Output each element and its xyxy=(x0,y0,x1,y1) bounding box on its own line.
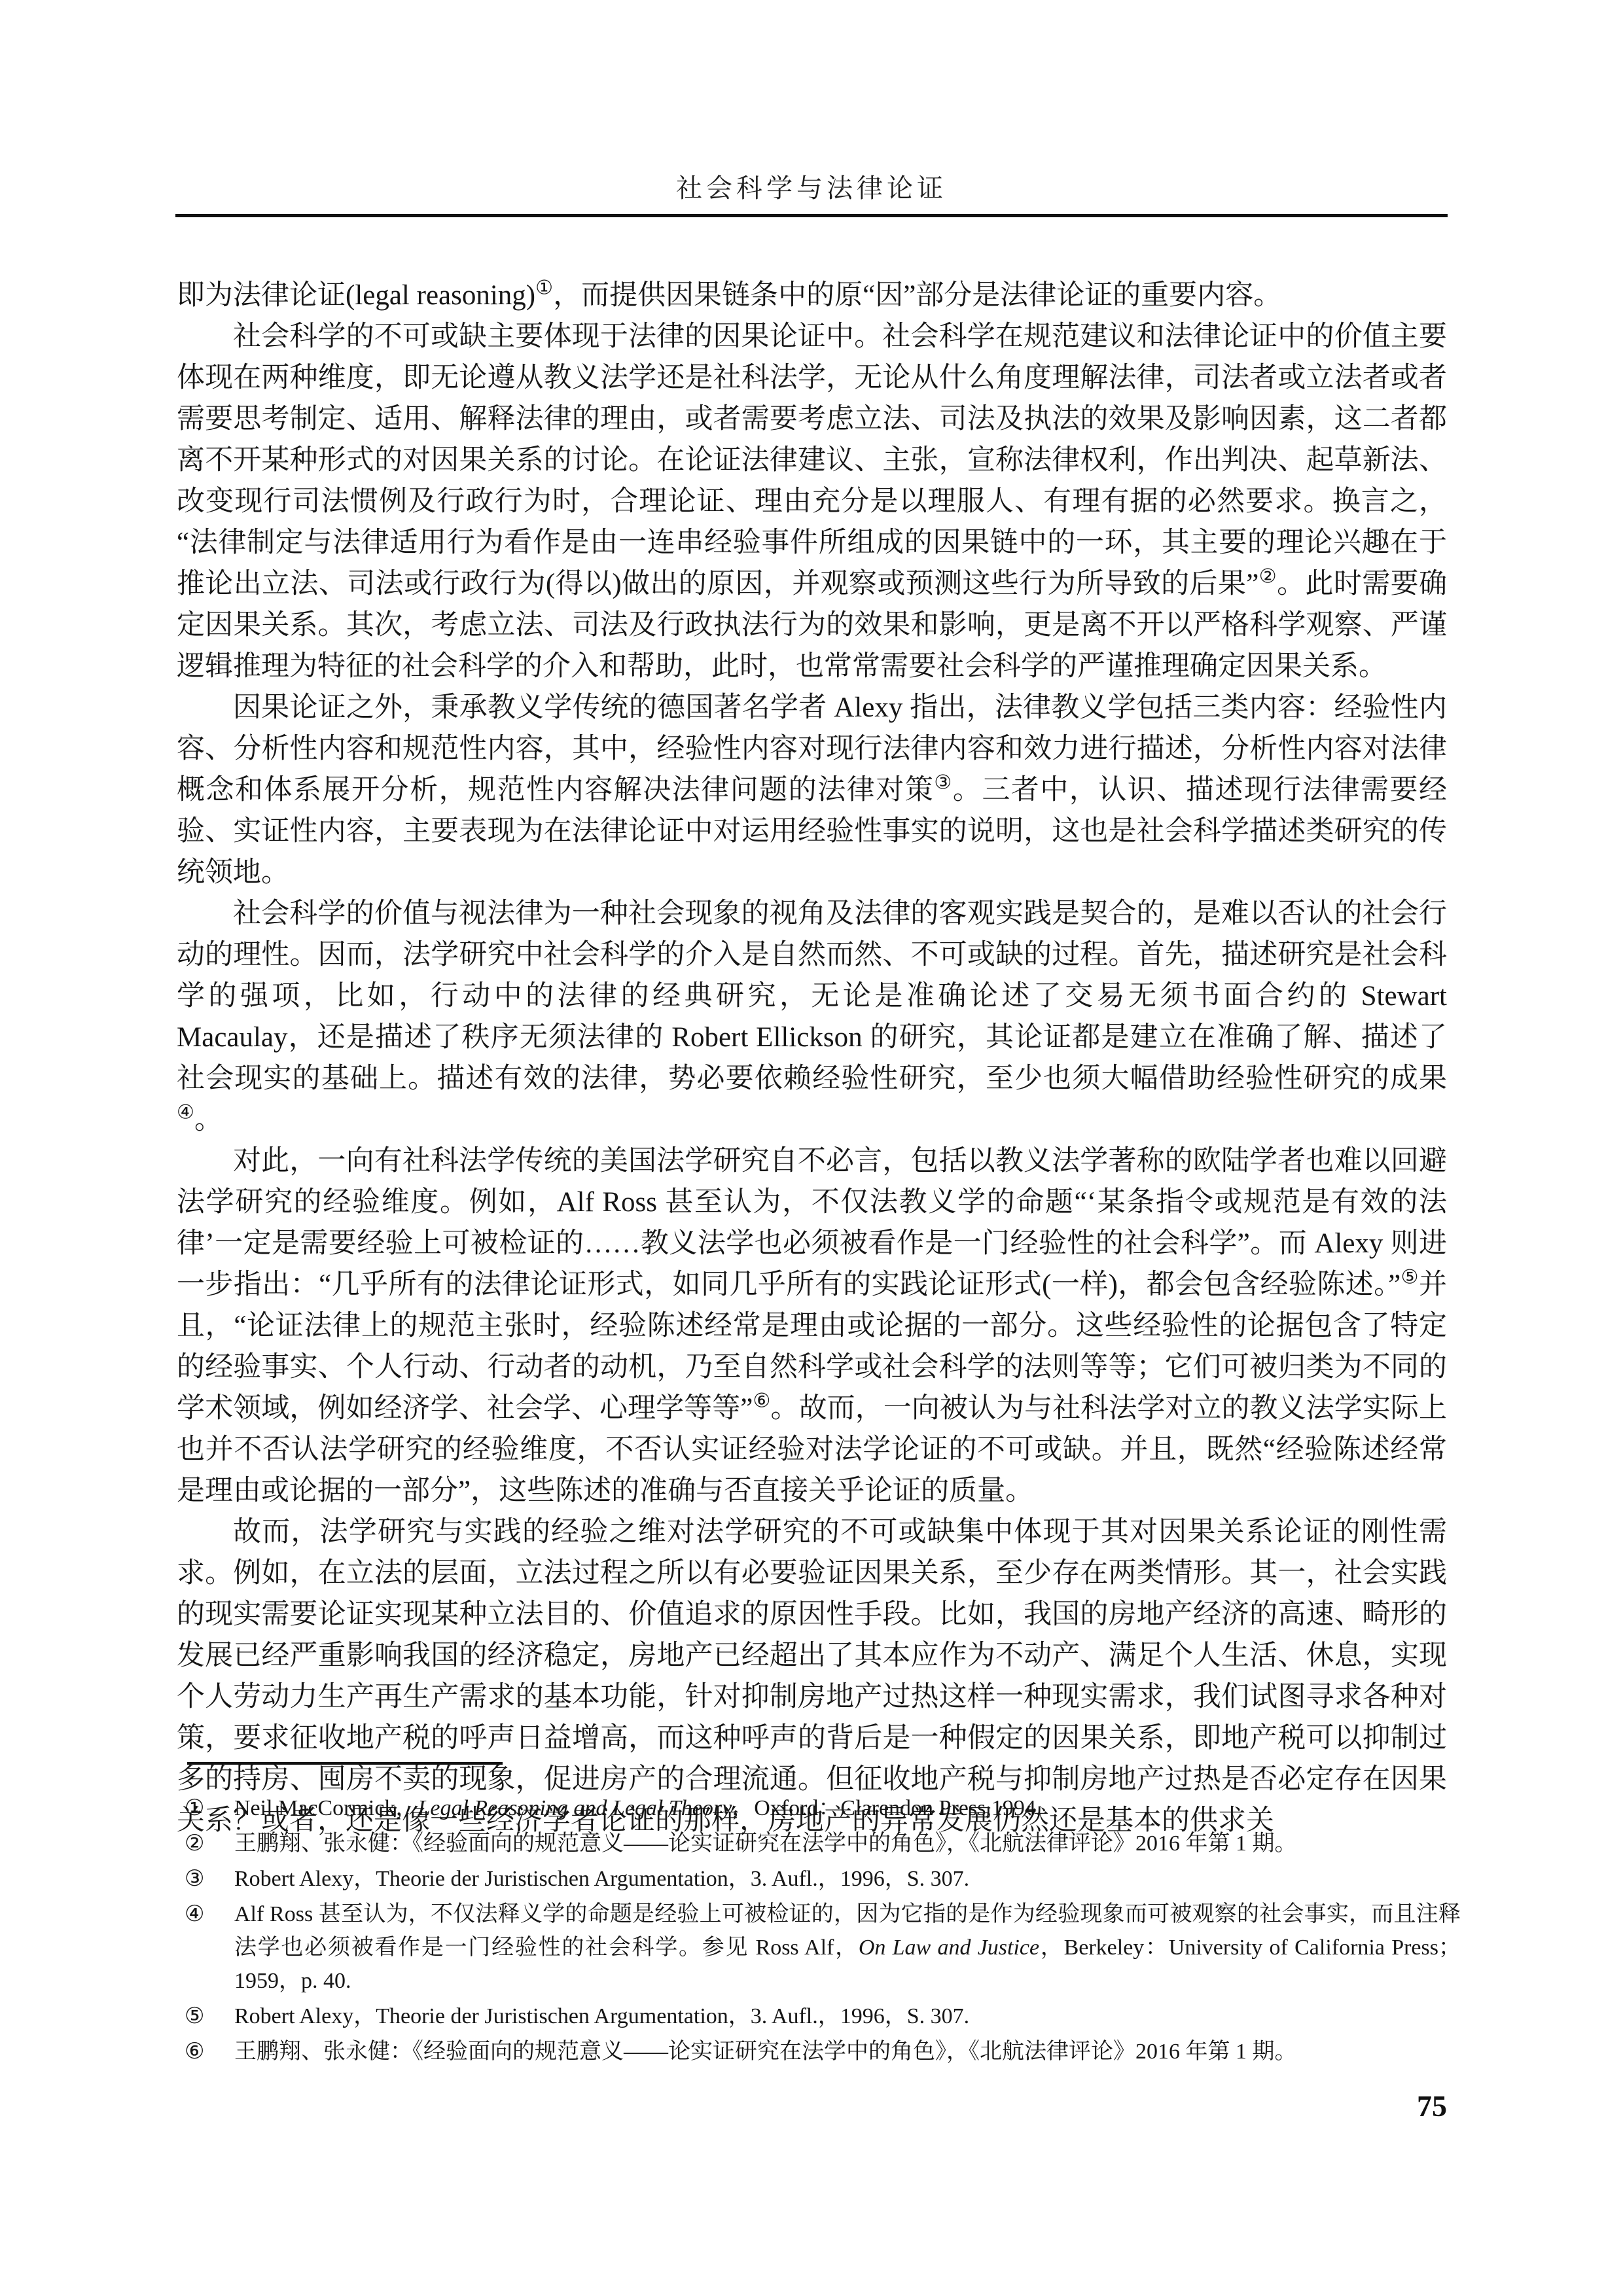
article-body: 即为法律论证(legal reasoning)①，而提供因果链条中的原“因”部分… xyxy=(177,275,1447,1841)
footnote-item: ②王鹏翔、张永健：《经验面向的规范意义——论实证研究在法学中的角色》，《北航法律… xyxy=(185,1827,1461,1860)
footnote-item: ⑤Robert Alexy，Theorie der Juristischen A… xyxy=(185,2000,1461,2033)
footnote-marker: ⑤ xyxy=(185,2000,234,2033)
footnote-reference: ⑥ xyxy=(753,1390,770,1412)
footnote-marker: ③ xyxy=(185,1862,234,1896)
footnote-reference: ① xyxy=(535,277,553,299)
footnote-item: ④Alf Ross 甚至认为，不仅法释义学的命题是经验上可被检证的，因为它指的是… xyxy=(185,1898,1461,1998)
footnote-text: 王鹏翔、张永健：《经验面向的规范意义——论实证研究在法学中的角色》，《北航法律评… xyxy=(234,2035,1461,2068)
paragraph: 社会科学的不可或缺主要体现于法律的因果论证中。社会科学在规范建议和法律论证中的价… xyxy=(177,316,1447,687)
footnote-text: Robert Alexy，Theorie der Juristischen Ar… xyxy=(234,2000,1461,2033)
footnotes: ①Neil MacCormick，Legal Reasoning and Leg… xyxy=(185,1792,1461,2070)
footnote-item: ③Robert Alexy，Theorie der Juristischen A… xyxy=(185,1862,1461,1896)
footnote-marker: ⑥ xyxy=(185,2035,234,2068)
footnote-text: Neil MacCormick，Legal Reasoning and Lega… xyxy=(234,1792,1461,1825)
footnote-reference: ⑤ xyxy=(1400,1266,1419,1288)
footnote-text: Robert Alexy，Theorie der Juristischen Ar… xyxy=(234,1862,1461,1896)
footnote-marker: ① xyxy=(185,1792,234,1825)
header-rule xyxy=(175,214,1448,217)
running-head-title: 社会科学与法律论证 xyxy=(0,168,1623,205)
paragraph: 对此，一向有社科法学传统的美国法学研究自不必言，包括以教义法学著称的欧陆学者也难… xyxy=(177,1140,1447,1511)
paragraph: 即为法律论证(legal reasoning)①，而提供因果链条中的原“因”部分… xyxy=(177,275,1447,316)
page-number: 75 xyxy=(177,2089,1447,2123)
footnote-text: Alf Ross 甚至认为，不仅法释义学的命题是经验上可被检证的，因为它指的是作… xyxy=(234,1898,1461,1998)
paragraph: 社会科学的价值与视法律为一种社会现象的视角及法律的客观实践是契合的，是难以否认的… xyxy=(177,893,1447,1140)
footnote-marker: ④ xyxy=(185,1898,234,1998)
footnote-reference: ② xyxy=(1258,565,1277,588)
document-page: 社会科学与法律论证 即为法律论证(legal reasoning)①，而提供因果… xyxy=(0,0,1623,2296)
footnote-reference: ③ xyxy=(934,771,953,794)
footnote-item: ①Neil MacCormick，Legal Reasoning and Leg… xyxy=(185,1792,1461,1825)
footnote-text: 王鹏翔、张永健：《经验面向的规范意义——论实证研究在法学中的角色》，《北航法律评… xyxy=(234,1827,1461,1860)
footnote-reference: ④ xyxy=(177,1101,194,1123)
footnote-separator-rule xyxy=(187,1762,503,1765)
footnote-marker: ② xyxy=(185,1827,234,1860)
paragraph: 因果论证之外，秉承教义学传统的德国著名学者 Alexy 指出，法律教义学包括三类… xyxy=(177,687,1447,893)
footnote-item: ⑥王鹏翔、张永健：《经验面向的规范意义——论实证研究在法学中的角色》，《北航法律… xyxy=(185,2035,1461,2068)
